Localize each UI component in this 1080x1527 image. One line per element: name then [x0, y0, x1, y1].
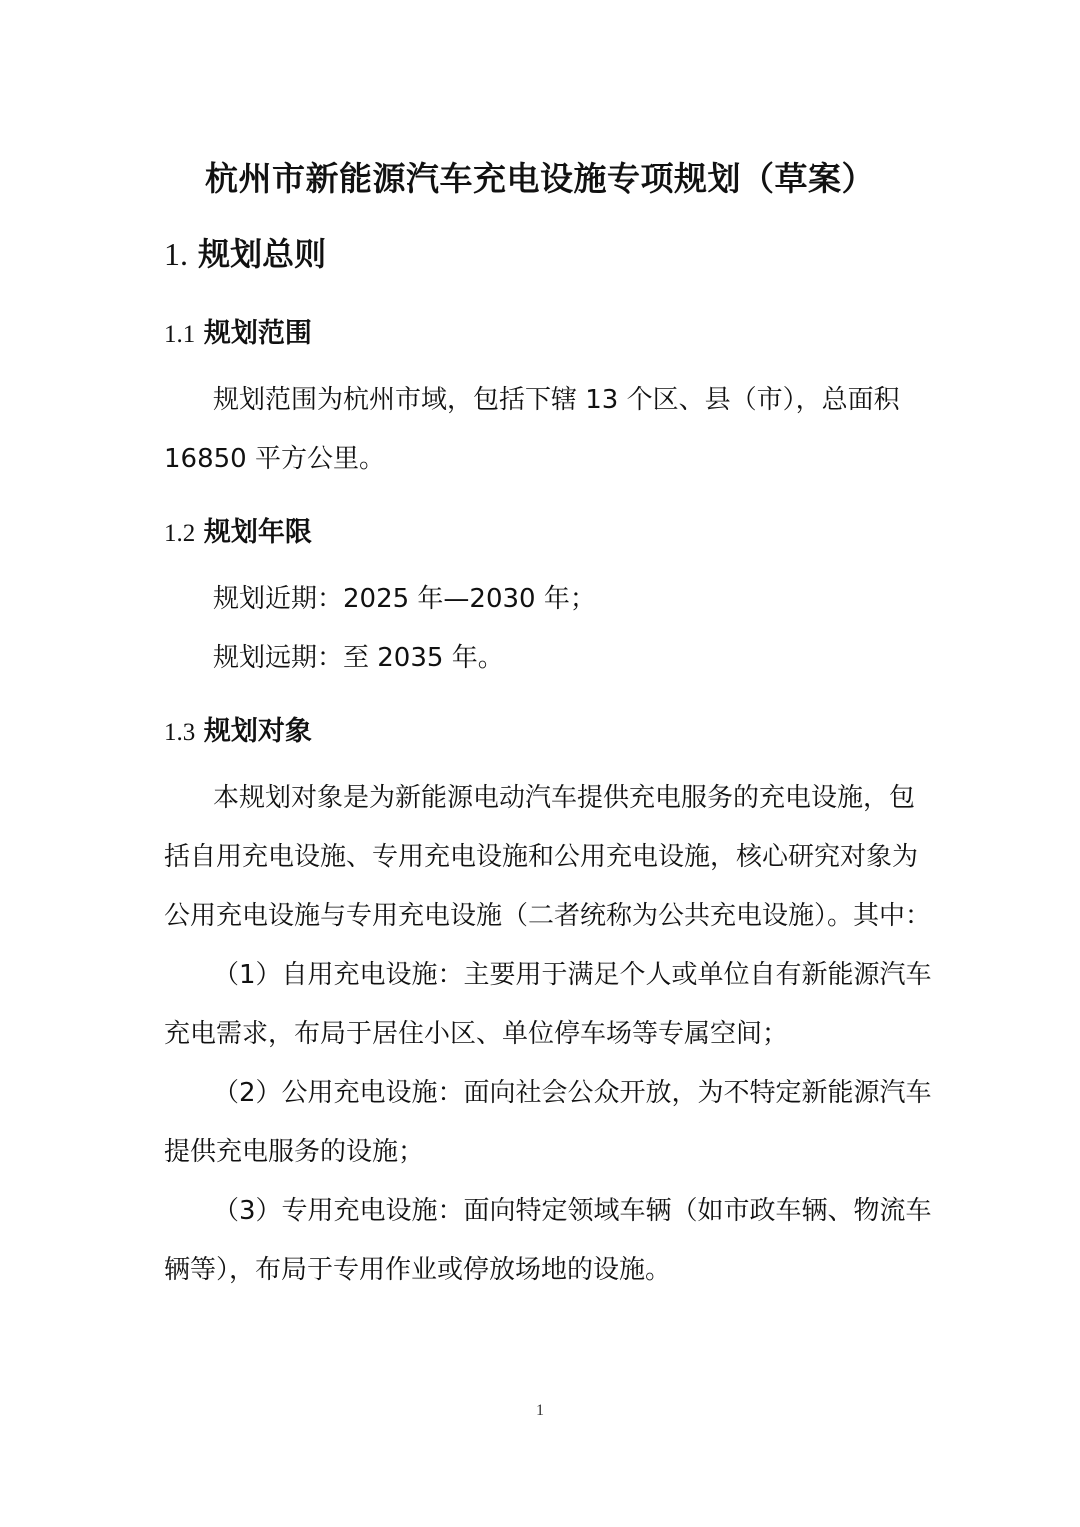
- document-page: 杭州市新能源汽车充电设施专项规划（草案） 1. 规划总则 1.1 规划范围 规划…: [0, 0, 1080, 1527]
- list-item-line: 提供充电服务的设施；: [164, 1139, 424, 1165]
- list-item-line: （3）专用充电设施：面向特定领域车辆（如市政车辆、物流车: [213, 1198, 932, 1224]
- subsection-number: 1.1: [164, 321, 195, 348]
- subsection-number: 1.3: [164, 719, 195, 746]
- subsection-heading-1-2: 1.2 规划年限: [164, 519, 312, 546]
- subsection-title: 规划年限: [204, 517, 312, 548]
- subsection-heading-1-3: 1.3 规划对象: [164, 718, 312, 745]
- subsection-title: 规划对象: [204, 716, 312, 747]
- page-number: 1: [0, 1403, 1080, 1419]
- paragraph-line: 公用充电设施与专用充电设施（二者统称为公共充电设施）。其中：: [164, 903, 931, 929]
- paragraph-line: 本规划对象是为新能源电动汽车提供充电服务的充电设施，包: [213, 785, 915, 811]
- paragraph-line: 规划近期：2025 年—2030 年；: [213, 586, 596, 612]
- paragraph-line: 规划远期：至 2035 年。: [213, 645, 504, 671]
- list-item-line: 辆等），布局于专用作业或停放场地的设施。: [164, 1257, 671, 1283]
- paragraph-line: 16850 平方公里。: [164, 446, 385, 472]
- section-heading-1: 1. 规划总则: [164, 238, 326, 270]
- paragraph-line: 规划范围为杭州市域，包括下辖 13 个区、县（市），总面积: [213, 387, 900, 413]
- list-item-line: （1）自用充电设施：主要用于满足个人或单位自有新能源汽车: [213, 962, 932, 988]
- document-title: 杭州市新能源汽车充电设施专项规划（草案）: [0, 162, 1080, 195]
- list-item-line: 充电需求，布局于居住小区、单位停车场等专属空间；: [164, 1021, 788, 1047]
- paragraph-line: 括自用充电设施、专用充电设施和公用充电设施，核心研究对象为: [164, 844, 918, 870]
- subsection-title: 规划范围: [204, 318, 312, 349]
- subsection-heading-1-1: 1.1 规划范围: [164, 320, 312, 347]
- subsection-number: 1.2: [164, 520, 195, 547]
- section-number: 1.: [164, 236, 188, 272]
- list-item-line: （2）公用充电设施：面向社会公众开放，为不特定新能源汽车: [213, 1080, 932, 1106]
- section-title: 规划总则: [198, 235, 326, 273]
